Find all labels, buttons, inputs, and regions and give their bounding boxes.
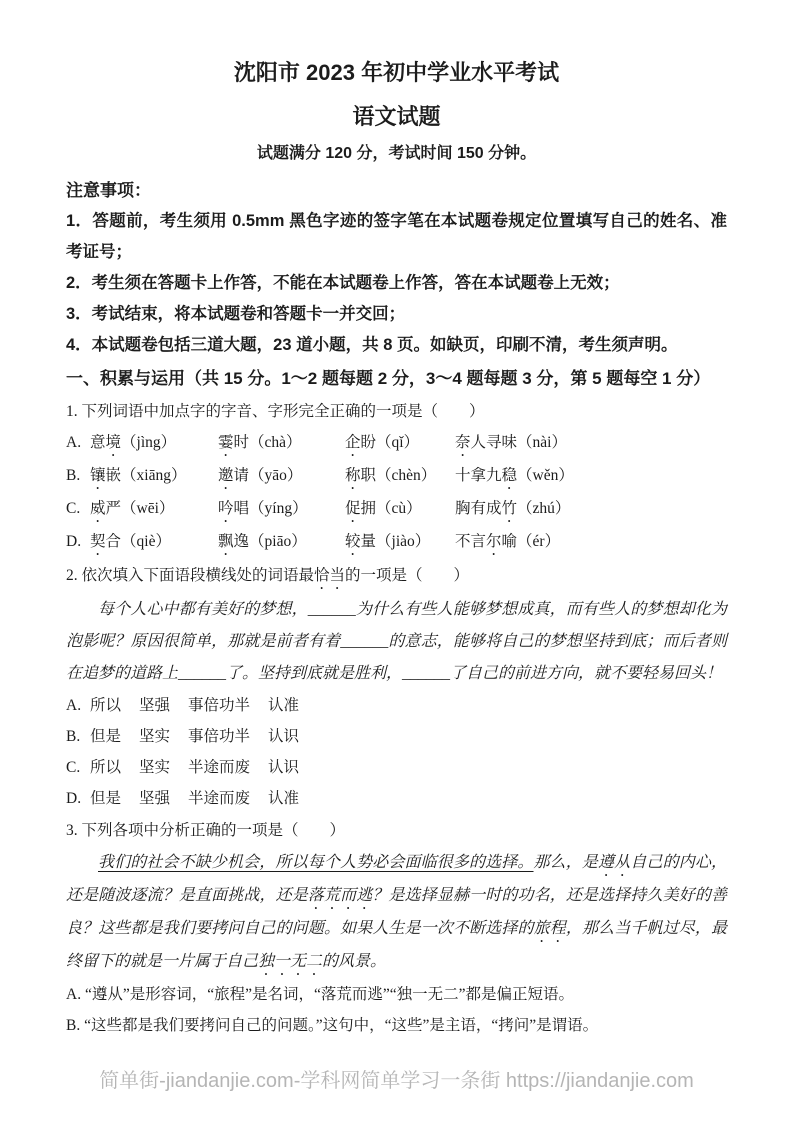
notice-item-3: 3．考试结束，将本试题卷和答题卡一并交回； <box>66 299 727 330</box>
q3-option-b: B. “这些都是我们要拷问自己的问题。”这句中，“这些”是主语，“拷问”是谓语。 <box>66 1010 727 1041</box>
q1-word-cell: 意境（jìng） <box>90 427 218 460</box>
option-label: A. <box>66 427 90 458</box>
page-title: 沈阳市 2023 年初中学业水平考试 <box>66 58 727 88</box>
q2-word: 但是 <box>90 721 121 752</box>
q1-word-cell: 威严（wēi） <box>90 493 218 526</box>
q1-option-row-c: C. 威严（wēi） 吟唱（yíng） 促拥（cù） 胸有成竹（zhú） <box>66 493 727 526</box>
page-subtitle: 语文试题 <box>66 104 727 130</box>
q2-word: 半途而废 <box>188 783 250 814</box>
q1-word-cell: 飘逸（piāo） <box>218 526 345 559</box>
q1-word-cell: 称职（chèn） <box>345 460 455 493</box>
q1-word-cell: 企盼（qǐ） <box>345 427 455 460</box>
option-label: D. <box>66 526 90 557</box>
option-label: D. <box>66 783 90 814</box>
q2-word: 认识 <box>268 721 299 752</box>
q1-word-cell: 霎时（chà） <box>218 427 345 460</box>
q2-word: 所以 <box>90 752 121 783</box>
notices-heading: 注意事项： <box>66 176 727 206</box>
question-1: 1. 下列词语中加点字的字音、字形完全正确的一项是（ ） A. 意境（jìng）… <box>66 397 727 559</box>
q2-word: 认识 <box>268 752 299 783</box>
q2-word: 认准 <box>268 783 299 814</box>
q2-option-row-a: A. 所以 坚强 事倍功半 认准 <box>66 690 727 721</box>
q1-option-row-b: B. 镶嵌（xiāng） 邀请（yāo） 称职（chèn） 十拿九稳（wěn） <box>66 460 727 493</box>
question-3: 3. 下列各项中分析正确的一项是（ ） 我们的社会不缺少机会，所以每个人势必会面… <box>66 816 727 1041</box>
q3-passage: 我们的社会不缺少机会，所以每个人势必会面临很多的选择。那么，是遵从自己的内心，还… <box>66 847 727 979</box>
q2-word: 所以 <box>90 690 121 721</box>
q1-word-cell: 奈人寻味（nài） <box>455 427 727 460</box>
q3-stem: 3. 下列各项中分析正确的一项是（ ） <box>66 816 727 846</box>
q1-word-cell: 契合（qiè） <box>90 526 218 559</box>
q1-word-cell: 镶嵌（xiāng） <box>90 460 218 493</box>
q2-word: 事倍功半 <box>188 721 250 752</box>
option-label: C. <box>66 493 90 524</box>
q1-word-cell: 吟唱（yíng） <box>218 493 345 526</box>
watermark-footer: 简单街-jiandanjie.com-学科网简单学习一条街 https://ji… <box>0 1068 793 1094</box>
q1-stem: 1. 下列词语中加点字的字音、字形完全正确的一项是（ ） <box>66 397 727 427</box>
q1-word-cell: 十拿九稳（wěn） <box>455 460 727 493</box>
q1-option-row-a: A. 意境（jìng） 霎时（chà） 企盼（qǐ） 奈人寻味（nài） <box>66 427 727 460</box>
exam-info-line: 试题满分 120 分，考试时间 150 分钟。 <box>66 143 727 165</box>
option-label: C. <box>66 752 90 783</box>
notice-item-2: 2．考生须在答题卡上作答，不能在本试题卷上作答，答在本试题卷上无效； <box>66 268 727 299</box>
notices-section: 注意事项： 1．答题前，考生须用 0.5mm 黑色字迹的签字笔在本试题卷规定位置… <box>66 176 727 361</box>
q2-word: 坚实 <box>139 752 170 783</box>
q2-word: 坚强 <box>139 690 170 721</box>
q1-word-cell: 促拥（cù） <box>345 493 455 526</box>
option-label: B. <box>66 721 90 752</box>
notice-item-4: 4．本试题卷包括三道大题，23 道小题，共 8 页。如缺页，印刷不清，考生须声明… <box>66 330 727 361</box>
q2-option-row-d: D. 但是 坚强 半途而废 认准 <box>66 783 727 814</box>
q1-word-cell: 邀请（yāo） <box>218 460 345 493</box>
notice-item-1: 1．答题前，考生须用 0.5mm 黑色字迹的签字笔在本试题卷规定位置填写自己的姓… <box>66 206 727 268</box>
q2-stem: 2. 依次填入下面语段横线处的词语最恰当的一项是（ ） <box>66 561 727 593</box>
option-label: A. <box>66 690 90 721</box>
option-label: B. <box>66 460 90 491</box>
q2-word: 事倍功半 <box>188 690 250 721</box>
q2-word: 坚强 <box>139 783 170 814</box>
q1-word-cell: 较量（jiào） <box>345 526 455 559</box>
question-2: 2. 依次填入下面语段横线处的词语最恰当的一项是（ ） 每个人心中都有美好的梦想… <box>66 561 727 814</box>
q1-option-row-d: D. 契合（qiè） 飘逸（piāo） 较量（jiào） 不言尔喻（ér） <box>66 526 727 559</box>
q2-word: 认准 <box>268 690 299 721</box>
q1-word-cell: 不言尔喻（ér） <box>455 526 727 559</box>
q2-word: 但是 <box>90 783 121 814</box>
section-1-heading: 一、积累与运用（共 15 分。1～2 题每题 2 分，3～4 题每题 3 分，第… <box>66 363 727 395</box>
q2-passage: 每个人心中都有美好的梦想，______为什么有些人能够梦想成真，而有些人的梦想却… <box>66 594 727 690</box>
q2-word: 半途而废 <box>188 752 250 783</box>
q2-option-row-b: B. 但是 坚实 事倍功半 认识 <box>66 721 727 752</box>
q1-word-cell: 胸有成竹（zhú） <box>455 493 727 526</box>
q2-word: 坚实 <box>139 721 170 752</box>
exam-paper-page: 沈阳市 2023 年初中学业水平考试 语文试题 试题满分 120 分，考试时间 … <box>0 0 793 1122</box>
q3-option-a: A. “遵从”是形容词，“旅程”是名词，“落荒而逃”“独一无二”都是偏正短语。 <box>66 979 727 1010</box>
q2-option-row-c: C. 所以 坚实 半途而废 认识 <box>66 752 727 783</box>
